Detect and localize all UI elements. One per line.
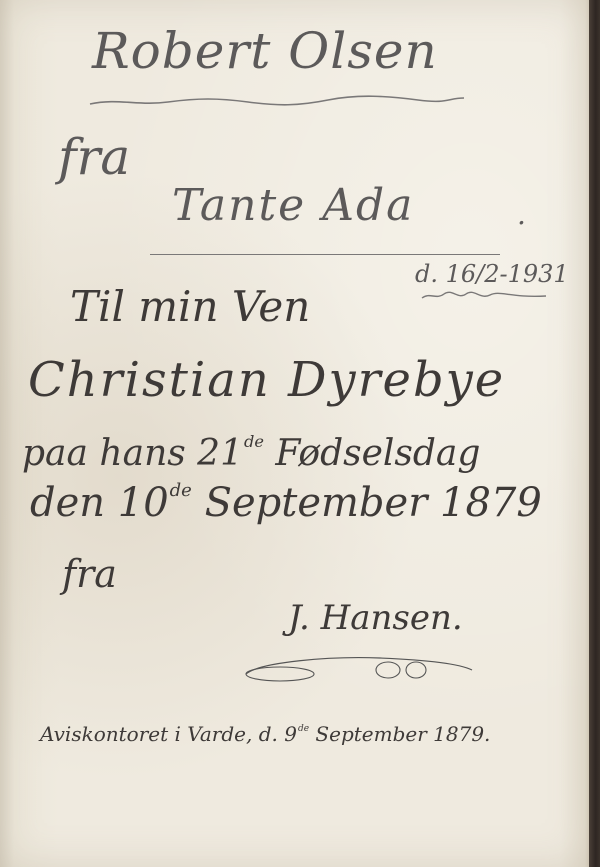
from-label-ink: fra [62, 552, 117, 596]
signature: J. Hansen. [288, 598, 463, 638]
dedication-line-4: den 10de September 1879 [30, 480, 542, 526]
signature-flourish [240, 640, 480, 685]
giver-name: Tante Ada [172, 180, 414, 231]
ordinal-suffix: de [244, 432, 264, 451]
place-date-prefix: Aviskontoret i Varde, d. 9 [40, 722, 297, 746]
pencil-date-squiggle [420, 288, 550, 302]
giver-period: . [517, 198, 526, 231]
date-prefix: den 10 [30, 480, 169, 526]
birthday-prefix: paa hans 21 [22, 433, 243, 474]
book-cover-edge [589, 0, 600, 867]
date-suffix: September 1879 [205, 480, 542, 526]
pencil-date: d. 16/2-1931 [415, 260, 569, 288]
ordinal-suffix: de [170, 480, 192, 501]
owner-name: Robert Olsen [92, 22, 438, 80]
giver-underline [150, 254, 500, 255]
dedication-line-1: Til min Ven [70, 282, 310, 331]
dedication-line-3: paa hans 21de Fødselsdag [22, 432, 480, 474]
place-date-suffix: September 1879. [315, 722, 490, 746]
birthday-suffix: Fødselsdag [275, 433, 480, 474]
ordinal-suffix: de [298, 724, 309, 734]
from-label-pencil: fra [58, 128, 130, 186]
book-page: Robert Olsen fra Tante Ada . d. 16/2-193… [0, 0, 589, 867]
place-and-date: Aviskontoret i Varde, d. 9de September 1… [40, 722, 490, 746]
recipient-name: Christian Dyrebye [28, 352, 505, 408]
owner-name-underline [88, 92, 468, 112]
